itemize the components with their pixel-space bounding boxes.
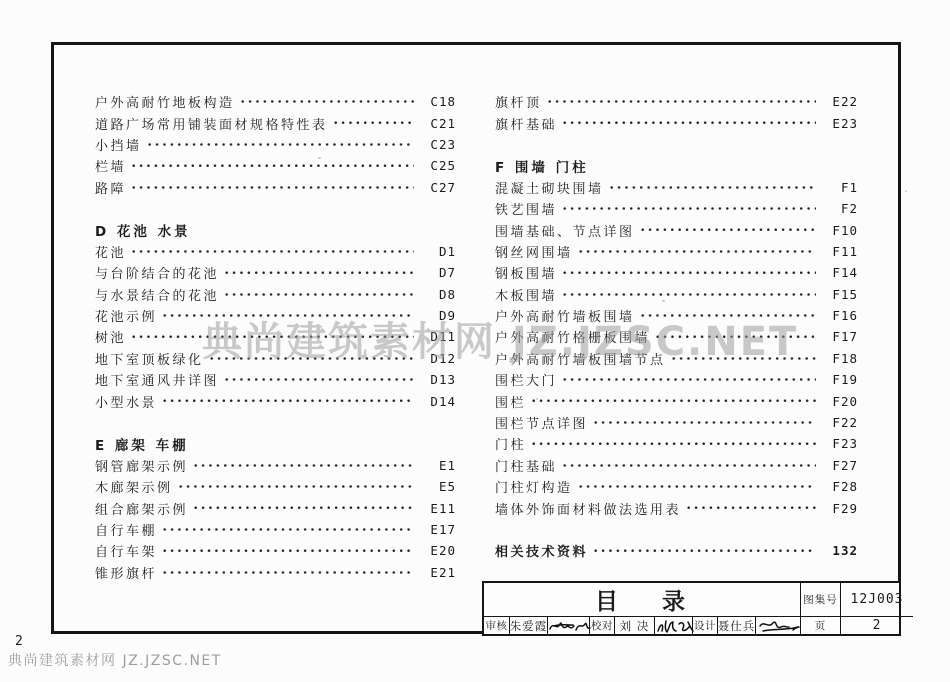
dotted-leader	[654, 326, 816, 347]
scan-speckle	[905, 190, 907, 192]
toc-page-ref: F29	[818, 501, 858, 516]
toc-entry-label: 旗杆基础	[495, 114, 557, 133]
toc-page-ref: E21	[416, 565, 456, 580]
toc-row: 自行车棚 E17	[95, 519, 456, 540]
dotted-leader	[130, 326, 414, 347]
toc-entry-label: 门柱灯构造	[495, 477, 573, 496]
toc-entry-label: 地下室顶板绿化	[95, 349, 204, 368]
toc-row: D 花池 水景	[95, 219, 456, 240]
toc-page-ref: E20	[416, 543, 456, 558]
toc-row: 路障 C27	[95, 177, 456, 198]
toc-row: 墙体外饰面材料做法选用表 F29	[495, 497, 858, 518]
reviewer-signature-scribble	[546, 618, 592, 634]
toc-row: 木廊架示例 E5	[95, 476, 456, 497]
toc-page-ref: F18	[818, 351, 858, 366]
toc-row: 围栏大门 F19	[495, 369, 858, 390]
dotted-leader	[530, 433, 816, 454]
toc-page-ref: D9	[416, 308, 456, 323]
designer-name: 聂仕兵	[717, 617, 755, 634]
toc-page-ref: F19	[818, 372, 858, 387]
dotted-leader	[670, 348, 816, 369]
toc-page-ref: F15	[818, 287, 858, 302]
toc-entry-label: D 花池 水景	[95, 220, 191, 240]
toc-entry-label: 围栏节点详图	[495, 413, 588, 432]
toc-column-right: 旗杆顶 E22 旗杆基础 E23 F 围墙 门柱 混凝土砌块围墙 F1 铁艺围墙…	[495, 91, 858, 562]
checker-name: 刘 决	[614, 617, 654, 634]
toc-row: 木板围墙 F15	[495, 284, 858, 305]
dotted-leader	[223, 262, 414, 283]
toc-entry-label: 花池	[95, 242, 126, 261]
toc-page-ref: F11	[818, 244, 858, 259]
toc-row: 小型水景 D14	[95, 390, 456, 411]
scanned-toc-page: { "colors": { "ink": "#1b1b1b", "frame":…	[0, 0, 950, 682]
designer-signature-scribble	[756, 618, 800, 634]
toc-row: 户外高耐竹地板构造 C18	[95, 91, 456, 112]
dotted-leader	[639, 219, 816, 240]
toc-row: 相关技术资料 132	[495, 540, 858, 561]
toc-row: 旗杆顶 E22	[495, 91, 858, 112]
dotted-leader	[161, 390, 414, 411]
toc-entry-label: 户外高耐竹墙板围墙	[495, 306, 635, 325]
toc-page-ref: F14	[818, 265, 858, 280]
scan-speckle	[318, 157, 321, 159]
toc-entry-label: 相关技术资料	[495, 541, 588, 560]
dotted-leader	[561, 455, 816, 476]
toc-row: 道路广场常用铺装面材规格特性表 C21	[95, 112, 456, 133]
dotted-leader	[239, 91, 414, 112]
toc-page-ref: C25	[416, 158, 456, 173]
dotted-leader	[130, 177, 414, 198]
toc-row: 钢板围墙 F14	[495, 262, 858, 283]
scan-speckle	[662, 300, 665, 302]
toc-row: 与台阶结合的花池 D7	[95, 262, 456, 283]
toc-page-ref: D12	[416, 351, 456, 366]
toc-column-left: 户外高耐竹地板构造 C18 道路广场常用铺装面材规格特性表 C21 小挡墙 C2…	[95, 91, 456, 583]
toc-row: 栏墙 C25	[95, 155, 456, 176]
toc-page-ref: C21	[416, 116, 456, 131]
designer-signature	[755, 617, 800, 634]
reviewer-name: 朱爱霞	[509, 617, 547, 634]
toc-row: 门柱基础 F27	[495, 455, 858, 476]
toc-row: 钢管廊架示例 E1	[95, 455, 456, 476]
toc-page-ref: E17	[416, 522, 456, 537]
toc-entry-label: 木廊架示例	[95, 477, 173, 496]
toc-entry-label: 钢管廊架示例	[95, 456, 188, 475]
toc-page-ref: F1	[818, 180, 858, 195]
dotted-leader	[577, 241, 816, 262]
toc-row: 组合廊架示例 E11	[95, 497, 456, 518]
toc-row: 户外高耐竹墙板围墙节点 F18	[495, 348, 858, 369]
toc-row: 铁艺围墙 F2	[495, 198, 858, 219]
toc-row: 户外高耐竹格栅板围墙 F17	[495, 326, 858, 347]
toc-page-ref: D13	[416, 372, 456, 387]
toc-entry-label: 自行车架	[95, 541, 157, 560]
dotted-leader	[161, 540, 414, 561]
toc-page-ref: D14	[416, 394, 456, 409]
toc-row: 地下室顶板绿化 D12	[95, 348, 456, 369]
toc-page-ref: F10	[818, 223, 858, 238]
dotted-leader	[577, 476, 816, 497]
toc-row: 钢丝网围墙 F11	[495, 241, 858, 262]
dotted-leader	[192, 455, 414, 476]
toc-entry-label: 自行车棚	[95, 520, 157, 539]
toc-entry-label: 围墙基础、节点详图	[495, 221, 635, 240]
dotted-leader	[332, 112, 414, 133]
dotted-leader	[223, 284, 414, 305]
toc-row: 地下室通风井详图 D13	[95, 369, 456, 390]
toc-entry-label: 钢板围墙	[495, 263, 557, 282]
dotted-leader	[208, 348, 414, 369]
toc-page-ref: F22	[818, 415, 858, 430]
dotted-leader	[685, 497, 816, 518]
dotted-leader	[639, 305, 816, 326]
dotted-leader	[161, 519, 414, 540]
dotted-leader	[530, 390, 816, 411]
title-block: 目 录 图集号 12J003 审核 朱爱霞 校对 刘 决 设计 聂仕兵 页 2	[482, 581, 901, 636]
page-label: 页	[800, 616, 840, 634]
toc-entry-label: 与水景结合的花池	[95, 285, 219, 304]
toc-entry-label: E 廊架 车棚	[95, 434, 189, 454]
dotted-leader	[561, 262, 816, 283]
designer-label: 设计	[692, 617, 717, 634]
toc-row: 树池 D11	[95, 326, 456, 347]
corner-page-number: 2	[15, 634, 23, 649]
toc-entry-label: F 围墙 门柱	[495, 156, 589, 176]
dotted-leader	[177, 476, 414, 497]
dotted-leader	[561, 198, 816, 219]
toc-row: 与水景结合的花池 D8	[95, 284, 456, 305]
signature-row: 审核 朱爱霞 校对 刘 决 设计 聂仕兵	[484, 616, 800, 634]
toc-entry-label: 混凝土砌块围墙	[495, 178, 604, 197]
toc-entry-label: 门柱基础	[495, 456, 557, 475]
watermark-footer: 典尚建筑素材网 JZ.JZSC.NET	[8, 650, 222, 670]
toc-row: 围墙基础、节点详图 F10	[495, 219, 858, 240]
dotted-leader	[561, 284, 816, 305]
dotted-leader	[561, 112, 816, 133]
toc-page-ref: E11	[416, 501, 456, 516]
reviewer-label: 审核	[484, 617, 509, 634]
toc-entry-label: 围栏	[495, 392, 526, 411]
checker-signature-scribble	[653, 618, 695, 634]
doc-title: 目 录	[484, 583, 800, 616]
toc-page-ref: C27	[416, 180, 456, 195]
toc-page-ref: D8	[416, 287, 456, 302]
toc-row: 花池示例 D9	[95, 305, 456, 326]
dotted-leader	[561, 369, 816, 390]
toc-page-ref: F27	[818, 458, 858, 473]
dotted-leader	[161, 305, 414, 326]
toc-entry-label: 路障	[95, 178, 126, 197]
toc-entry-label: 木板围墙	[495, 285, 557, 304]
toc-row: 围栏节点详图 F22	[495, 412, 858, 433]
toc-page-ref: F2	[818, 201, 858, 216]
toc-entry-label: 花池示例	[95, 306, 157, 325]
checker-label: 校对	[589, 617, 614, 634]
toc-entry-label: 栏墙	[95, 156, 126, 175]
toc-page-ref: F20	[818, 394, 858, 409]
toc-row: 锥形旗杆 E21	[95, 562, 456, 583]
toc-entry-label: 旗杆顶	[495, 92, 542, 111]
reviewer-signature	[547, 617, 589, 634]
toc-row: 门柱 F23	[495, 433, 858, 454]
toc-page-ref: 132	[818, 543, 858, 558]
toc-page-ref: E22	[818, 94, 858, 109]
toc-entry-label: 户外高耐竹墙板围墙节点	[495, 349, 666, 368]
toc-page-ref: F28	[818, 479, 858, 494]
toc-page-ref: F17	[818, 329, 858, 344]
toc-row: 混凝土砌块围墙 F1	[495, 177, 858, 198]
dotted-leader	[192, 497, 414, 518]
dotted-leader	[592, 540, 816, 561]
toc-entry-label: 户外高耐竹地板构造	[95, 92, 235, 111]
toc-row: 门柱灯构造 F28	[495, 476, 858, 497]
toc-entry-label: 组合廊架示例	[95, 499, 188, 518]
toc-entry-label: 小型水景	[95, 392, 157, 411]
toc-row: F 围墙 门柱	[495, 155, 858, 176]
toc-row: 花池 D1	[95, 241, 456, 262]
toc-row: E 廊架 车棚	[95, 433, 456, 454]
toc-entry-label: 门柱	[495, 434, 526, 453]
dotted-leader	[161, 562, 414, 583]
toc-page-ref: F16	[818, 308, 858, 323]
toc-entry-label: 小挡墙	[95, 135, 142, 154]
toc-page-ref: D7	[416, 265, 456, 280]
atlas-number: 12J003	[840, 583, 913, 616]
toc-page-ref: D11	[416, 329, 456, 344]
toc-page-ref: F23	[818, 436, 858, 451]
toc-page-ref: C18	[416, 94, 456, 109]
toc-entry-label: 道路广场常用铺装面材规格特性表	[95, 114, 328, 133]
dotted-leader	[592, 412, 816, 433]
toc-entry-label: 锥形旗杆	[95, 563, 157, 582]
toc-row: 自行车架 E20	[95, 540, 456, 561]
toc-page-ref: E5	[416, 479, 456, 494]
dotted-leader	[546, 91, 816, 112]
toc-page-ref: E23	[818, 116, 858, 131]
toc-entry-label: 与台阶结合的花池	[95, 263, 219, 282]
toc-entry-label: 围栏大门	[495, 370, 557, 389]
toc-page-ref: E1	[416, 458, 456, 473]
toc-row: 小挡墙 C23	[95, 134, 456, 155]
toc-entry-label: 户外高耐竹格栅板围墙	[495, 327, 650, 346]
toc-row: 旗杆基础 E23	[495, 112, 858, 133]
toc-entry-label: 铁艺围墙	[495, 199, 557, 218]
dotted-leader	[130, 241, 414, 262]
toc-page-ref: D1	[416, 244, 456, 259]
toc-entry-label: 地下室通风井详图	[95, 370, 219, 389]
scan-speckle	[536, 398, 538, 400]
dotted-leader	[130, 155, 414, 176]
dotted-leader	[223, 369, 414, 390]
page-number: 2	[840, 616, 913, 634]
toc-entry-label: 树池	[95, 327, 126, 346]
atlas-number-label: 图集号	[800, 583, 840, 616]
toc-entry-label: 墙体外饰面材料做法选用表	[495, 499, 681, 518]
toc-row: 围栏 F20	[495, 390, 858, 411]
checker-signature	[654, 617, 692, 634]
toc-page-ref: C23	[416, 137, 456, 152]
toc-entry-label: 钢丝网围墙	[495, 242, 573, 261]
toc-row: 户外高耐竹墙板围墙 F16	[495, 305, 858, 326]
dotted-leader	[146, 134, 414, 155]
dotted-leader	[608, 177, 816, 198]
